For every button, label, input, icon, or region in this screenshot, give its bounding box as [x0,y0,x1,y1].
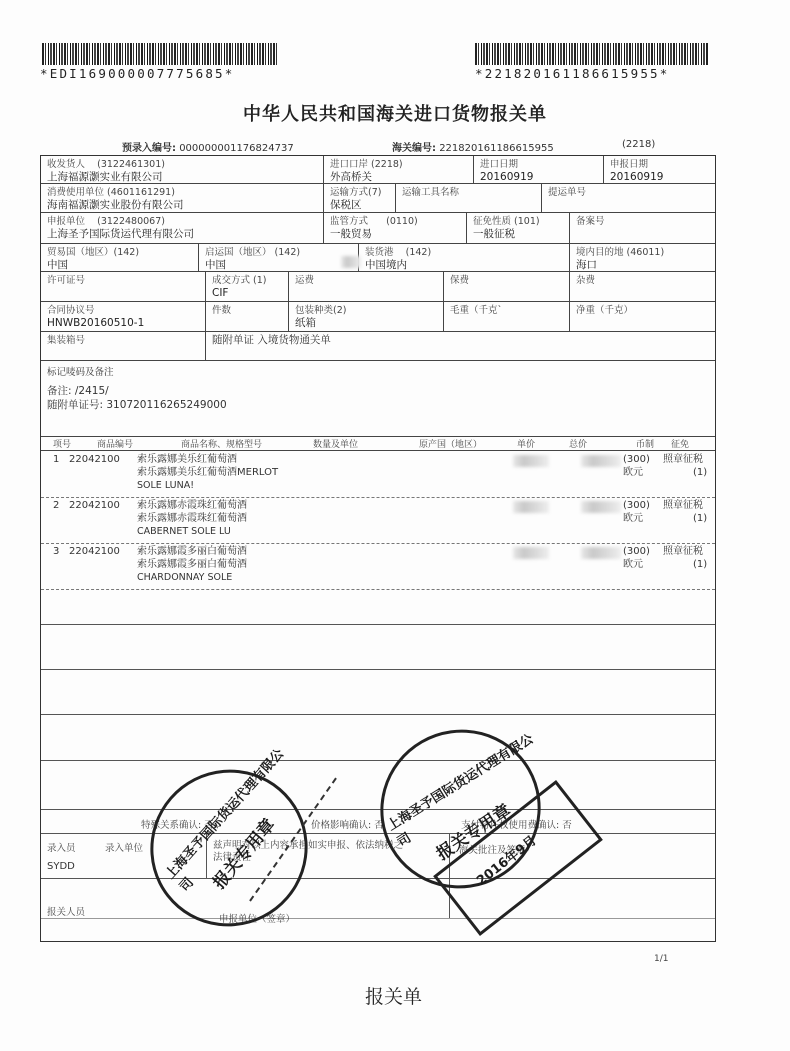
license-no-label: 许可证号 [47,274,199,287]
col-item-no: 项号 [53,437,71,450]
col-item-code: 商品编号 [97,437,133,450]
destination-cell: 境内目的地 (46011) 海口 [570,244,715,272]
levy-nature-label: 征免性质 [473,216,511,227]
transport-name-cell: 运输工具名称 [396,184,542,213]
bottom-thin-line [41,918,715,919]
consignee-code: (3122461301) [97,159,165,170]
item-name-en: CHARDONNAY SOLE [137,571,232,584]
declarer-label: 报关人员 [47,904,85,918]
item-name-cn: 索乐露娜美乐红葡萄酒 [137,453,237,466]
destination-label: 境内目的地 [576,247,624,258]
import-date-cell: 进口日期 20160919 [474,156,604,184]
transport-mode-value: 保税区 [330,199,389,212]
transaction-mode-cell: 成交方式 (1) CIF [206,272,289,302]
pre-entry-value: 000000001176824737 [179,143,294,154]
bill-no-label: 提运单号 [548,186,709,199]
col-currency: 币制 [636,437,654,450]
item-currency: 欧元 [623,466,643,479]
pre-entry-label: 预录入编号: [122,143,176,154]
packages-cell: 件数 [206,302,289,332]
redacted-unit-price [513,455,549,467]
trade-country-label: 贸易国（地区） [47,247,114,258]
misc-fee-cell: 杂费 [570,272,715,302]
entry-clerk-value: SYDD [47,861,75,872]
redacted-total [581,455,621,467]
remarks-doc-no: 随附单证号: 310720116265249000 [47,398,709,412]
item-levy-code: (1) [693,512,707,525]
item-levy-code: (1) [693,466,707,479]
attached-docs-cell: 随附单证 入境货物通关单 [206,332,715,361]
import-port-code: (2218) [371,159,403,170]
container-no-label: 集装箱号 [47,334,199,347]
declarant-label: 申报单位 [47,216,85,227]
item-levy: 照章征税 [663,453,703,466]
levy-nature-cell: 征免性质 (101) 一般征税 [467,213,570,244]
origin-country-cell: 启运国（地区） (142) 中国 [199,244,359,272]
contract-no-label: 合同协议号 [47,304,199,317]
package-type-label: 包装种类 [295,305,333,316]
consignee-value: 上海福源灏实业有限公司 [47,171,317,184]
item-row: 1 22042100 索乐露娜美乐红葡萄酒 索乐露娜美乐红葡萄酒MERLOT S… [41,451,715,498]
import-port-value: 外高桥关 [330,171,467,184]
loading-port-cell: 装货港 (142) 中国境内 [359,244,570,272]
document-title: 中华人民共和国海关进口货物报关单 [0,100,790,126]
import-port-label: 进口口岸 [330,159,368,170]
declare-date-value: 20160919 [610,171,709,184]
loading-port-label: 装货港 [365,247,394,258]
record-no-cell: 备案号 [570,213,715,244]
pre-entry-number: 预录入编号: 000000001176824737 [122,139,294,154]
contract-no-value: HNWB20160510-1 [47,317,199,330]
consumer-label: 消费使用单位 [47,187,104,198]
misc-fee-label: 杂费 [576,274,709,287]
items-header: 项号 商品编号 商品名称、规格型号 数量及单位 原产国（地区） 单价 总价 币制… [41,437,715,451]
item-currency-code: (300) [623,453,650,466]
supervision-label: 监管方式 [330,216,368,227]
package-type-value: 纸箱 [295,317,437,330]
confirm-row-top [41,809,715,810]
consumer-cell: 消费使用单位 (4601161291) 海南福源灏实业股份有限公司 [41,184,324,213]
item-currency: 欧元 [623,558,643,571]
origin-country-value: 中国 [205,259,352,272]
item-name-cn: 索乐露娜赤霞珠红葡萄酒 [137,499,247,512]
supervision-cell: 监管方式 (0110) 一般贸易 [324,213,467,244]
remarks-note: 备注: /2415/ [47,384,709,398]
col-unit-price: 单价 [517,437,535,450]
remarks-section: 标记唛码及备注 备注: /2415/ 随附单证号: 31072011626524… [41,361,715,437]
remarks-label: 标记唛码及备注 [47,367,114,378]
bill-no-cell: 提运单号 [542,184,715,213]
import-date-value: 20160919 [480,171,597,184]
insurance-cell: 保费 [444,272,570,302]
empty-row-line [41,669,715,670]
declarant-cell: 申报单位 (3122480067) 上海圣予国际货运代理有限公司 [41,213,324,244]
col-origin: 原产国（地区） [419,437,482,450]
contract-no-cell: 合同协议号 HNWB20160510-1 [41,302,206,332]
item-code: 22042100 [69,453,120,466]
customs-no-value: 221820161186615955 [439,143,554,154]
net-weight-cell: 净重（千克） [570,302,715,332]
destination-code: (46011) [627,247,665,258]
edi-barcode-text: *EDI169000007775685* [40,66,235,81]
record-no-label: 备案号 [576,215,709,228]
item-currency-code: (300) [623,499,650,512]
supervision-code: (0110) [386,216,418,227]
consumer-code: (4601161291) [107,187,175,198]
item-levy: 照章征税 [663,545,703,558]
customs-barcode [475,43,708,65]
trade-country-code: (142) [114,247,140,258]
transport-mode-code: (7) [368,187,381,198]
customs-declaration-page: *EDI169000007775685* *221820161186615955… [0,0,790,1051]
item-name-cn: 索乐露娜霞多丽白葡萄酒 [137,545,247,558]
packages-label: 件数 [212,304,282,317]
signature-row-line [41,878,715,879]
col-item-name: 商品名称、规格型号 [181,437,262,450]
confirm-row-bottom [41,833,715,834]
net-weight-label: 净重（千克） [576,304,709,317]
item-no: 2 [53,499,59,512]
redacted-total [581,501,621,513]
item-currency: 欧元 [623,512,643,525]
item-row: 2 22042100 索乐露娜赤霞珠红葡萄酒 索乐露娜赤霞珠红葡萄酒 CABER… [41,497,715,544]
empty-row-line [41,714,715,715]
item-row: 3 22042100 索乐露娜霞多丽白葡萄酒 索乐露娜霞多丽白葡萄酒 CHARD… [41,543,715,590]
origin-country-label: 启运国（地区） [205,247,272,258]
item-no: 1 [53,453,59,466]
loading-port-value: 中国境内 [365,259,563,272]
empty-row-line [41,624,715,625]
empty-row-line [41,760,715,761]
trade-country-cell: 贸易国（地区）(142) 中国 [41,244,199,272]
customs-number: 海关编号: 221820161186615955 [392,139,554,154]
transaction-mode-code: (1) [253,275,266,286]
insurance-label: 保费 [450,274,563,287]
customs-no-label: 海关编号: [392,143,436,154]
attached-docs-value: 随附单证 入境货物通关单 [212,334,331,346]
price-impact: 价格影响确认: 否 [311,817,384,831]
image-caption: 报关单 [365,982,422,1009]
loading-port-code: (142) [406,247,432,258]
import-date-label: 进口日期 [480,158,597,171]
entry-unit-label: 录入单位 [105,840,143,854]
page-number: 1/1 [654,954,668,964]
edi-barcode [42,43,277,65]
declaration-form: 收发货人 (3122461301) 上海福源灏实业有限公司 进口口岸 (2218… [40,155,716,942]
item-no: 3 [53,545,59,558]
declarant-code: (3122480067) [97,216,165,227]
origin-country-code: (142) [275,247,301,258]
declare-date-cell: 申报日期 20160919 [604,156,715,184]
redacted-unit-price [513,501,549,513]
consumer-value: 海南福源灏实业股份有限公司 [47,199,317,212]
col-qty: 数量及单位 [313,437,358,450]
trade-country-value: 中国 [47,259,192,272]
levy-nature-code: (101) [514,216,540,227]
declarant-value: 上海圣予国际货运代理有限公司 [47,228,317,241]
entry-clerk-label: 录入员 [47,840,76,854]
transport-mode-cell: 运输方式(7) 保税区 [324,184,396,213]
item-code: 22042100 [69,499,120,512]
item-name-full: 索乐露娜赤霞珠红葡萄酒 [137,512,247,525]
transport-mode-label: 运输方式 [330,187,368,198]
item-currency-code: (300) [623,545,650,558]
freight-label: 运费 [295,274,437,287]
package-type-code: (2) [333,305,346,316]
col-levy: 征免 [671,437,689,450]
item-levy: 照章征税 [663,499,703,512]
redacted-total [581,547,621,559]
item-name-en: SOLE LUNA! [137,479,194,492]
customs-code: (2218) [622,139,655,150]
license-no-cell: 许可证号 [41,272,206,302]
gross-weight-cell: 毛重（千克` [444,302,570,332]
col-total: 总价 [569,437,587,450]
item-name-full: 索乐露娜霞多丽白葡萄酒 [137,558,247,571]
consignee-cell: 收发货人 (3122461301) 上海福源灏实业有限公司 [41,156,324,184]
destination-value: 海口 [576,259,709,272]
transport-name-label: 运输工具名称 [402,186,535,199]
container-no-cell: 集装箱号 [41,332,206,361]
item-name-en: CABERNET SOLE LU [137,525,231,538]
transaction-mode-label: 成交方式 [212,275,250,286]
item-levy-code: (1) [693,558,707,571]
transaction-mode-value: CIF [212,287,282,300]
consignee-label: 收发货人 [47,159,85,170]
redacted-mark [341,256,361,268]
declare-date-label: 申报日期 [610,158,709,171]
package-type-cell: 包装种类(2) 纸箱 [289,302,444,332]
import-port-cell: 进口口岸 (2218) 外高桥关 [324,156,474,184]
freight-cell: 运费 [289,272,444,302]
gross-weight-label: 毛重（千克` [450,304,563,317]
redacted-unit-price [513,547,549,559]
item-code: 22042100 [69,545,120,558]
levy-nature-value: 一般征税 [473,228,563,241]
customs-barcode-text: *221820161186615955* [475,66,670,81]
supervision-value: 一般贸易 [330,228,460,241]
item-name-full: 索乐露娜美乐红葡萄酒MERLOT [137,466,278,479]
